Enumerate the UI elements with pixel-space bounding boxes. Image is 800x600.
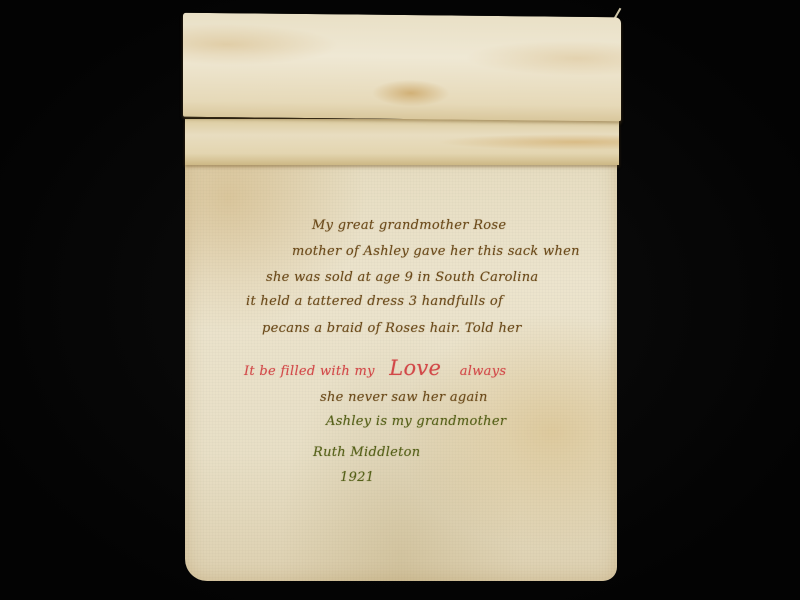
embroidery-line-2: mother of Ashley gave her this sack when — [292, 244, 580, 259]
embroidery-line-4: it held a tattered dress 3 handfulls of — [246, 294, 503, 309]
embroidery-line-1: My great grandmother Rose — [312, 218, 506, 233]
love-line-suffix: always — [460, 364, 507, 379]
embroidery-line-5: pecans a braid of Roses hair. Told her — [262, 321, 522, 336]
embroidery-line-never-saw: she never saw her again — [320, 390, 488, 405]
sack-fold-lower — [185, 119, 619, 165]
embroidery-line-ashley: Ashley is my grandmother — [326, 414, 506, 429]
embroidery-love-line: It be filled with my Love always — [244, 356, 506, 380]
love-line-prefix: It be filled with my — [244, 364, 375, 379]
sack-fold-upper — [183, 13, 621, 122]
embroidery-line-3: she was sold at age 9 in South Carolina — [266, 270, 538, 285]
love-word: Love — [389, 356, 441, 380]
embroidery-signature: Ruth Middleton — [313, 445, 420, 460]
embroidery-year: 1921 — [340, 470, 374, 485]
